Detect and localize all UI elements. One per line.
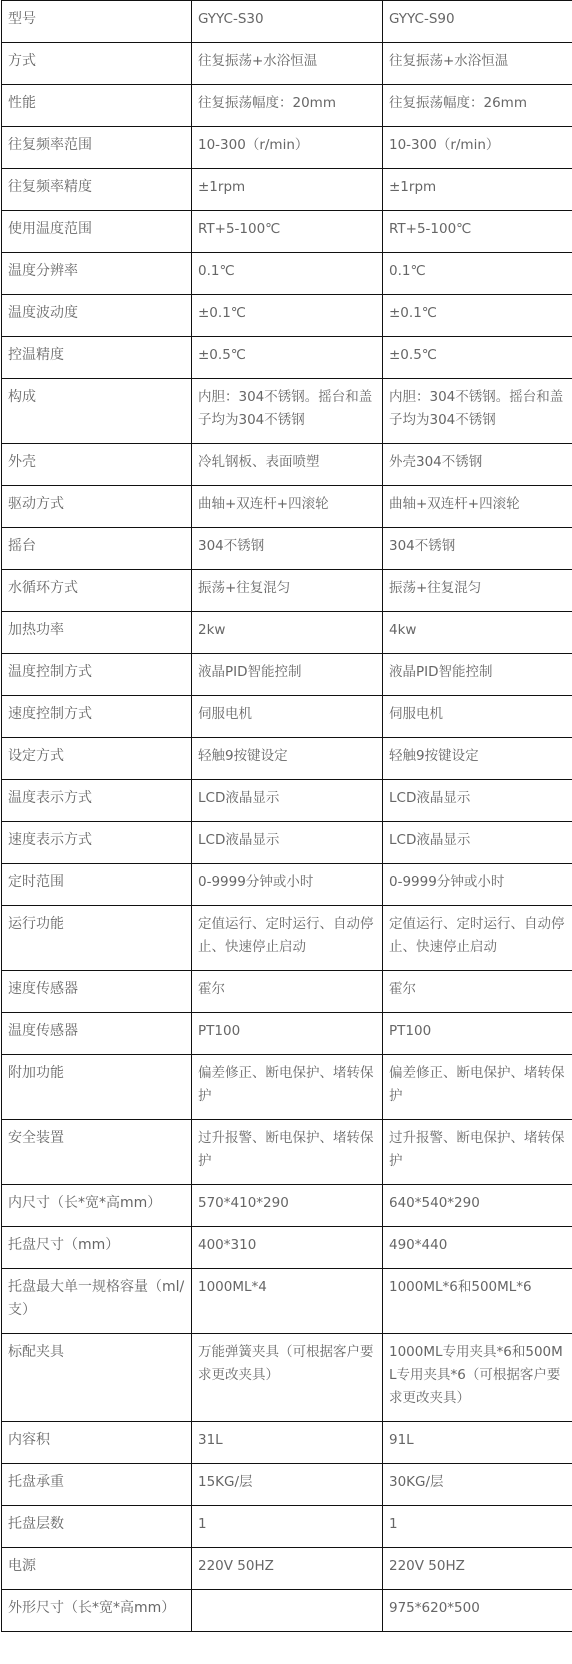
value-s30: 内胆：304不锈钢。摇台和盖子均为304不锈钢 [192,379,383,444]
spec-table: 型号GYYC-S30GYYC-S90 方式往复振荡+水浴恒温往复振荡+水浴恒温 … [1,0,572,1632]
row-label: 内尺寸（长*宽*高mm） [2,1185,192,1227]
table-row: 附加功能偏差修正、断电保护、堵转保护偏差修正、断电保护、堵转保护 [2,1055,572,1120]
value-s90: ±0.1℃ [383,295,572,337]
row-label: 托盘层数 [2,1506,192,1548]
row-label: 速度传感器 [2,971,192,1013]
row-label: 摇台 [2,528,192,570]
value-s30: 伺服电机 [192,696,383,738]
table-row: 电源220V 50HZ220V 50HZ [2,1548,572,1590]
row-label: 控温精度 [2,337,192,379]
value-s90: 伺服电机 [383,696,572,738]
table-row: 往复频率精度±1rpm±1rpm [2,169,572,211]
value-s30: LCD液晶显示 [192,780,383,822]
value-s30: 往复振荡+水浴恒温 [192,43,383,85]
row-label: 构成 [2,379,192,444]
value-s30: 2kw [192,612,383,654]
value-s30: 往复振荡幅度：20mm [192,85,383,127]
spec-table-body: 型号GYYC-S30GYYC-S90 方式往复振荡+水浴恒温往复振荡+水浴恒温 … [2,1,572,1632]
row-label: 速度表示方式 [2,822,192,864]
row-label: 方式 [2,43,192,85]
value-s90: RT+5-100℃ [383,211,572,253]
value-s30: 霍尔 [192,971,383,1013]
row-label: 外壳 [2,444,192,486]
row-label: 安全装置 [2,1120,192,1185]
row-label: 温度控制方式 [2,654,192,696]
row-label: 托盘尺寸（mm） [2,1227,192,1269]
value-s90: 外壳304不锈钢 [383,444,572,486]
table-row: 温度表示方式LCD液晶显示LCD液晶显示 [2,780,572,822]
row-label: 温度表示方式 [2,780,192,822]
row-label: 温度传感器 [2,1013,192,1055]
row-label: 温度分辨率 [2,253,192,295]
row-label: 使用温度范围 [2,211,192,253]
row-label: 托盘最大单一规格容量（ml/支） [2,1269,192,1334]
value-s30: LCD液晶显示 [192,822,383,864]
value-s90: 975*620*500 [383,1590,572,1632]
value-s90: 1 [383,1506,572,1548]
value-s90: 1000ML*6和500ML*6 [383,1269,572,1334]
value-s30: 定值运行、定时运行、自动停止、快速停止启动 [192,906,383,971]
row-label: 往复频率精度 [2,169,192,211]
row-label: 内容积 [2,1422,192,1464]
table-row: 温度控制方式液晶PID智能控制液晶PID智能控制 [2,654,572,696]
value-s90: 轻触9按键设定 [383,738,572,780]
table-row: 型号GYYC-S30GYYC-S90 [2,1,572,43]
table-row: 外形尺寸（长*宽*高mm）975*620*500 [2,1590,572,1632]
value-s30: 偏差修正、断电保护、堵转保护 [192,1055,383,1120]
value-s90: 490*440 [383,1227,572,1269]
value-s90: 304不锈钢 [383,528,572,570]
value-s90: 0.1℃ [383,253,572,295]
row-label: 性能 [2,85,192,127]
table-row: 加热功率2kw4kw [2,612,572,654]
row-label: 附加功能 [2,1055,192,1120]
value-s90: PT100 [383,1013,572,1055]
value-s30: 0-9999分钟或小时 [192,864,383,906]
value-s30: 10-300（r/min） [192,127,383,169]
row-label: 电源 [2,1548,192,1590]
row-label: 驱动方式 [2,486,192,528]
value-s90: 4kw [383,612,572,654]
value-s90: 往复振荡幅度：26mm [383,85,572,127]
table-row: 托盘层数11 [2,1506,572,1548]
value-s30: 1 [192,1506,383,1548]
value-s90: 定值运行、定时运行、自动停止、快速停止启动 [383,906,572,971]
table-row: 往复频率范围10-300（r/min）10-300（r/min） [2,127,572,169]
value-s30: 1000ML*4 [192,1269,383,1334]
table-row: 水循环方式振荡+往复混匀振荡+往复混匀 [2,570,572,612]
row-label: 运行功能 [2,906,192,971]
table-row: 温度分辨率0.1℃0.1℃ [2,253,572,295]
value-s90: 1000ML专用夹具*6和500ML专用夹具*6（可根据客户要求更改夹具） [383,1334,572,1422]
table-row: 速度控制方式伺服电机伺服电机 [2,696,572,738]
value-s30: 万能弹簧夹具（可根据客户要求更改夹具） [192,1334,383,1422]
table-row: 安全装置过升报警、断电保护、堵转保护过升报警、断电保护、堵转保护 [2,1120,572,1185]
value-s90: 过升报警、断电保护、堵转保护 [383,1120,572,1185]
value-s90: ±1rpm [383,169,572,211]
row-label: 温度波动度 [2,295,192,337]
value-s90: 640*540*290 [383,1185,572,1227]
table-row: 内容积31L91L [2,1422,572,1464]
value-s30: ±0.1℃ [192,295,383,337]
value-s90: 液晶PID智能控制 [383,654,572,696]
table-row: 标配夹具万能弹簧夹具（可根据客户要求更改夹具）1000ML专用夹具*6和500M… [2,1334,572,1422]
row-label: 标配夹具 [2,1334,192,1422]
value-s30: 冷轧钢板、表面喷塑 [192,444,383,486]
table-row: 外壳冷轧钢板、表面喷塑外壳304不锈钢 [2,444,572,486]
table-row: 性能往复振荡幅度：20mm往复振荡幅度：26mm [2,85,572,127]
row-label: 速度控制方式 [2,696,192,738]
table-row: 运行功能定值运行、定时运行、自动停止、快速停止启动定值运行、定时运行、自动停止、… [2,906,572,971]
value-s30: 31L [192,1422,383,1464]
table-row: 控温精度±0.5℃±0.5℃ [2,337,572,379]
value-s90: 振荡+往复混匀 [383,570,572,612]
table-row: 驱动方式曲轴+双连杆+四滚轮曲轴+双连杆+四滚轮 [2,486,572,528]
row-label: 型号 [2,1,192,43]
value-s90: LCD液晶显示 [383,780,572,822]
row-label: 加热功率 [2,612,192,654]
value-s30: GYYC-S30 [192,1,383,43]
row-label: 外形尺寸（长*宽*高mm） [2,1590,192,1632]
value-s30: 570*410*290 [192,1185,383,1227]
value-s30: 曲轴+双连杆+四滚轮 [192,486,383,528]
table-row: 内尺寸（长*宽*高mm）570*410*290640*540*290 [2,1185,572,1227]
value-s90: 0-9999分钟或小时 [383,864,572,906]
table-row: 摇台304不锈钢304不锈钢 [2,528,572,570]
value-s90: ±0.5℃ [383,337,572,379]
table-row: 定时范围0-9999分钟或小时0-9999分钟或小时 [2,864,572,906]
row-label: 往复频率范围 [2,127,192,169]
value-s30: 轻触9按键设定 [192,738,383,780]
row-label: 托盘承重 [2,1464,192,1506]
value-s30: 220V 50HZ [192,1548,383,1590]
value-s30: 过升报警、断电保护、堵转保护 [192,1120,383,1185]
value-s90: 10-300（r/min） [383,127,572,169]
value-s30: ±1rpm [192,169,383,211]
table-row: 速度表示方式LCD液晶显示LCD液晶显示 [2,822,572,864]
value-s30: 304不锈钢 [192,528,383,570]
value-s90: 曲轴+双连杆+四滚轮 [383,486,572,528]
value-s30 [192,1590,383,1632]
value-s90: LCD液晶显示 [383,822,572,864]
table-row: 托盘尺寸（mm）400*310490*440 [2,1227,572,1269]
table-row: 温度传感器PT100PT100 [2,1013,572,1055]
table-row: 方式往复振荡+水浴恒温往复振荡+水浴恒温 [2,43,572,85]
value-s90: 霍尔 [383,971,572,1013]
value-s90: 91L [383,1422,572,1464]
row-label: 定时范围 [2,864,192,906]
table-row: 设定方式轻触9按键设定轻触9按键设定 [2,738,572,780]
table-row: 速度传感器霍尔霍尔 [2,971,572,1013]
value-s90: 往复振荡+水浴恒温 [383,43,572,85]
value-s30: 液晶PID智能控制 [192,654,383,696]
table-row: 托盘最大单一规格容量（ml/支）1000ML*41000ML*6和500ML*6 [2,1269,572,1334]
value-s30: 15KG/层 [192,1464,383,1506]
value-s90: GYYC-S90 [383,1,572,43]
value-s90: 内胆：304不锈钢。摇台和盖子均为304不锈钢 [383,379,572,444]
value-s30: 400*310 [192,1227,383,1269]
table-row: 使用温度范围RT+5-100℃RT+5-100℃ [2,211,572,253]
value-s30: 0.1℃ [192,253,383,295]
value-s90: 偏差修正、断电保护、堵转保护 [383,1055,572,1120]
table-row: 托盘承重15KG/层30KG/层 [2,1464,572,1506]
value-s30: PT100 [192,1013,383,1055]
table-row: 构成内胆：304不锈钢。摇台和盖子均为304不锈钢内胆：304不锈钢。摇台和盖子… [2,379,572,444]
table-row: 温度波动度±0.1℃±0.1℃ [2,295,572,337]
row-label: 设定方式 [2,738,192,780]
value-s30: 振荡+往复混匀 [192,570,383,612]
value-s90: 220V 50HZ [383,1548,572,1590]
value-s30: RT+5-100℃ [192,211,383,253]
row-label: 水循环方式 [2,570,192,612]
value-s30: ±0.5℃ [192,337,383,379]
value-s90: 30KG/层 [383,1464,572,1506]
